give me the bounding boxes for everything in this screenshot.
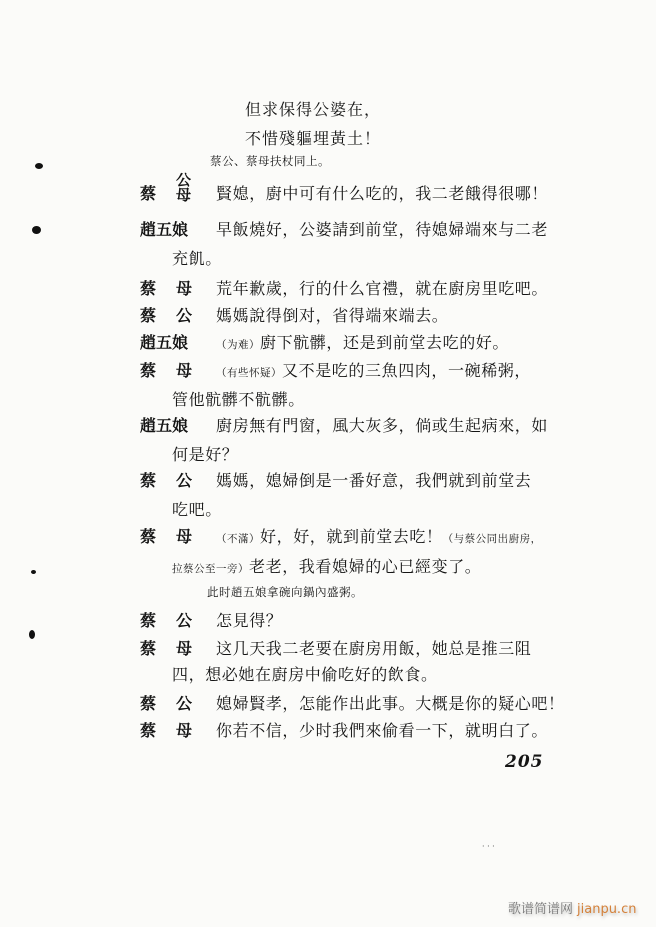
verse-line-1: 但求保得公婆在，	[245, 97, 381, 120]
speaker-role: 公	[176, 691, 192, 717]
speaker-surname: 蔡	[140, 184, 156, 203]
speaker-role: 母	[176, 718, 192, 744]
watermark-domain: jianpu.cn	[577, 902, 636, 917]
stage-paren: （不滿）	[216, 533, 260, 545]
speech-text: 荒年歉歲，行的什么官禮，就在廚房里吃吧。	[216, 276, 548, 302]
binding-mark	[32, 226, 41, 234]
speaker-surname: 蔡	[140, 608, 156, 634]
speaker-stacked: 公 母	[176, 173, 196, 203]
speaker-label: 趙五娘	[140, 330, 210, 356]
watermark-chinese: 歌谱简谱网	[508, 902, 573, 917]
speech-continuation: 拉蔡公至一旁）老老，我看媳婦的心已經变了。	[172, 554, 481, 577]
speaker-surname: 蔡	[140, 524, 156, 550]
speaker-role: 母	[176, 524, 192, 550]
speech-continuation: 吃吧。	[172, 497, 222, 520]
speaker-role: 公	[176, 303, 192, 329]
speech-text: （为难）廚下骯髒，还是到前堂去吃的好。	[216, 330, 509, 358]
speaker-surname: 蔡	[140, 718, 156, 744]
stage-paren: （为难）	[216, 339, 260, 351]
speaker-surname: 蔡	[140, 276, 156, 302]
speech-continuation: 四，想必她在廚房中偷吃好的飲食。	[172, 662, 438, 685]
speaker-surname: 蔡	[140, 468, 156, 494]
binding-mark	[29, 630, 35, 639]
speaker-role: 公	[176, 468, 192, 494]
speech-body: 好，好，就到前堂去吃！	[260, 527, 443, 546]
speech-text: 廚房無有門窗，風大灰多，倘或生起病來，如	[216, 413, 548, 439]
speaker-label: 趙五娘	[140, 217, 210, 243]
speech-text: 賢媳，廚中可有什么吃的，我二老餓得很哪！	[216, 181, 548, 207]
stage-paren: 拉蔡公至一旁）	[172, 563, 249, 575]
speech-continuation: 何是好？	[172, 442, 238, 465]
binding-mark	[35, 163, 43, 169]
speaker-role: 母	[176, 276, 192, 302]
speaker-surname: 蔡	[140, 358, 156, 384]
scanned-page: 但求保得公婆在， 不惜殘軀埋黃土！ 蔡公、蔡母扶杖同上。 蔡 公 母 賢媳，廚中…	[0, 0, 656, 927]
speech-body: 廚下骯髒，还是到前堂去吃的好。	[260, 333, 509, 352]
speaker-surname: 蔡	[140, 691, 156, 717]
speaker-surname: 蔡	[140, 636, 156, 662]
stage-paren: （有些怀疑）	[216, 367, 282, 379]
stage-direction: 此时趙五娘拿碗向鍋內盛粥。	[207, 584, 363, 600]
speech-text: 怎見得？	[216, 608, 282, 634]
watermark: 歌谱简谱网jianpu.cn	[508, 898, 636, 917]
page-number: 205	[505, 752, 544, 772]
speech-body: 又不是吃的三魚四肉，一碗稀粥，	[282, 361, 531, 380]
speech-continuation: 充飢。	[172, 246, 222, 269]
speech-text: （不滿）好，好，就到前堂去吃！（与蔡公同出廚房，	[216, 524, 542, 552]
stage-paren: （与蔡公同出廚房，	[443, 533, 542, 545]
speaker-surname: 蔡	[140, 303, 156, 329]
speech-text: 这几天我二老要在廚房用飯，她总是推三阻	[216, 636, 531, 662]
stage-direction: 蔡公、蔡母扶杖同上。	[210, 153, 330, 169]
speech-text: 媽媽說得倒对，省得端來端去。	[216, 303, 448, 329]
verse-line-2: 不惜殘軀埋黃土！	[245, 126, 381, 149]
speaker-role: 母	[176, 358, 192, 384]
speaker-label: 趙五娘	[140, 413, 210, 439]
speech-text: 媽媽，媳婦倒是一番好意，我們就到前堂去	[216, 468, 531, 494]
speech-text: 早飯燒好，公婆請到前堂，待媳婦端來与二老	[216, 217, 548, 243]
speech-body: 老老，我看媳婦的心已經变了。	[249, 557, 481, 576]
speech-continuation: 管他骯髒不骯髒。	[172, 387, 305, 410]
binding-mark	[31, 570, 36, 574]
scan-specks: · · ·	[482, 842, 495, 851]
speech-text: 媳婦賢孝，怎能作出此事。大概是你的疑心吧！	[216, 691, 565, 717]
speaker-role: 公	[176, 608, 192, 634]
speech-text: （有些怀疑）又不是吃的三魚四肉，一碗稀粥，	[216, 358, 531, 386]
speaker-mu: 母	[176, 186, 191, 204]
speaker-label: 蔡 公 母	[140, 181, 210, 207]
speaker-role: 母	[176, 636, 192, 662]
speech-text: 你若不信，少时我們來偷看一下，就明白了。	[216, 718, 548, 744]
